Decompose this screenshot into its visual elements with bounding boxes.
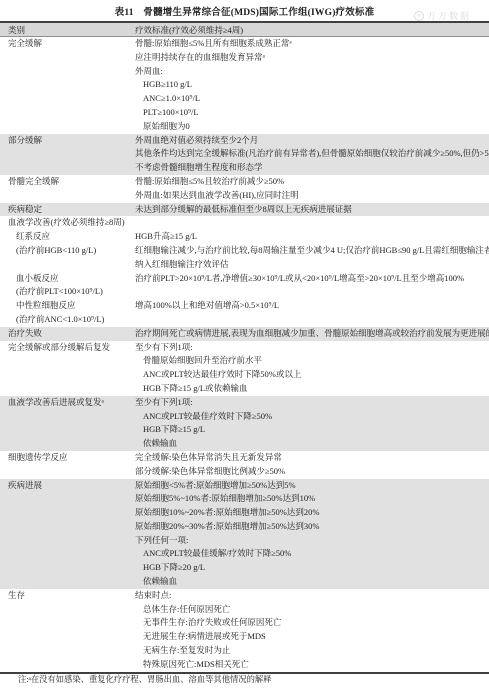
progression-or-relapse-after-hi-criteria-line: 依赖输血 — [135, 437, 489, 451]
complete-remission-criteria-column: 骨髓:原始细胞≤5%且所有细胞系成熟正常ᵃ应注明持续存在的血细胞发育异常ᵃ外周血… — [135, 37, 489, 134]
progression-or-relapse-after-hi-criteria-line: 至少有下列1项: — [135, 396, 489, 410]
stable-disease-criteria-column: 未达到部分缓解的最低标准但至少8周以上无疾病进展证据 — [135, 203, 489, 217]
row-group-treatment-failure: 治疗失败治疗期间死亡或病情进展,表现为血细胞减少加重、骨髓原始细胞增高或较治疗前… — [0, 327, 489, 341]
document-page: 表11 骨髓增生异常综合征(MDS)国际工作组(IWG)疗效标准 w 万方数据 … — [0, 0, 489, 688]
complete-remission-criteria-line: HGB≥110 g/L — [135, 78, 489, 92]
progression-or-relapse-after-hi-criteria-line: HGB下降≥15 g/L — [135, 423, 489, 437]
cytogenetic-response-criteria-line: 部分缓解:染色体异常细胞比例减少≥50% — [135, 465, 489, 479]
table-body: 完全缓解骨髓:原始细胞≤5%且所有细胞系成熟正常ᵃ应注明持续存在的血细胞发育异常… — [0, 37, 489, 672]
hematologic-improvement-criteria-line — [135, 285, 489, 299]
disease-progression-criteria-column: 原始细胞<5%者:原始细胞增加≥50%达到5%原始细胞5%~10%者:原始细胞增… — [135, 479, 489, 589]
hematologic-improvement-criteria-line: 增高100%以上和绝对值增高>0.5×10⁹/L — [135, 299, 489, 313]
complete-remission-criteria-line: PLT≥100×10⁹/L — [135, 106, 489, 120]
complete-remission-label-line: 完全缓解 — [8, 37, 135, 51]
row-group-cytogenetic-response: 细胞遗传学反应完全缓解:染色体异常消失且无新发异常部分缓解:染色体异常细胞比例减… — [0, 451, 489, 479]
treatment-failure-criteria-column: 治疗期间死亡或病情进展,表现为血细胞减少加重、骨髓原始细胞增高或较治疗前发展为更… — [135, 327, 489, 341]
partial-remission-label-column: 部分缓解 — [0, 134, 135, 175]
stable-disease-criteria-line: 未达到部分缓解的最低标准但至少8周以上无疾病进展证据 — [135, 203, 489, 217]
survival-criteria-line: 无病生存:至复发时为止 — [135, 644, 489, 658]
marrow-complete-remission-label-line: 骨髓完全缓解 — [8, 175, 135, 189]
header-cell-criteria: 疗效标准(疗效必须维持≥4周) — [135, 23, 489, 36]
relapse-after-cr-or-pr-label-column: 完全缓解或部分缓解后复发 — [0, 341, 135, 396]
row-group-marrow-complete-remission: 骨髓完全缓解骨髓:原始细胞≤5%且较治疗前减少≥50%外周血:如果达到血液学改善… — [0, 175, 489, 203]
complete-remission-label-column: 完全缓解 — [0, 37, 135, 134]
marrow-complete-remission-criteria-line: 骨髓:原始细胞≤5%且较治疗前减少≥50% — [135, 175, 489, 189]
survival-criteria-line: 总体生存:任何原因死亡 — [135, 603, 489, 617]
hematologic-improvement-label-line: 血小板反应 — [8, 272, 135, 286]
survival-criteria-line: 无事件生存:治疗失败或任何原因死亡 — [135, 616, 489, 630]
progression-or-relapse-after-hi-criteria-line: ANC或PLT较最佳疗效时下降≥50% — [135, 410, 489, 424]
table-footnote: 注:ᵃ在没有如感染、重复化疗疗程、胃肠出血、溶血等其他情况的解释 — [18, 674, 485, 685]
hematologic-improvement-label-line: (治疗前PLT<100×10⁹/L) — [8, 285, 135, 299]
hematologic-improvement-criteria-line — [135, 313, 489, 327]
hematologic-improvement-label-line: 红系反应 — [8, 230, 135, 244]
table-title: 表11 骨髓增生异常综合征(MDS)国际工作组(IWG)疗效标准 — [0, 4, 489, 18]
marrow-complete-remission-label-column: 骨髓完全缓解 — [0, 175, 135, 203]
survival-label-column: 生存 — [0, 589, 135, 672]
disease-progression-criteria-line: 依赖输血 — [135, 575, 489, 589]
marrow-complete-remission-criteria-line: 外周血:如果达到血液学改善(HI),应同时注明 — [135, 189, 489, 203]
marrow-complete-remission-criteria-column: 骨髓:原始细胞≤5%且较治疗前减少≥50%外周血:如果达到血液学改善(HI),应… — [135, 175, 489, 203]
disease-progression-criteria-line: 原始细胞20%~30%者:原始细胞增加≥50%达到30% — [135, 520, 489, 534]
partial-remission-criteria-column: 外周血绝对值必须持续至少2个月其他条件均达到完全缓解标准(凡治疗前有异常者),但… — [135, 134, 489, 175]
row-group-hematologic-improvement: 血液学改善(疗效必须维持≥8周)红系反应(治疗前HGB<110 g/L)血小板反… — [0, 216, 489, 326]
hematologic-improvement-label-line: (治疗前ANC<1.0×10⁹/L) — [8, 313, 135, 327]
hematologic-improvement-criteria-line: 纳入红细胞输注疗效评估 — [135, 258, 489, 272]
cytogenetic-response-label-column: 细胞遗传学反应 — [0, 451, 135, 479]
treatment-failure-label-column: 治疗失败 — [0, 327, 135, 341]
complete-remission-criteria-line: 应注明持续存在的血细胞发育异常ᵃ — [135, 51, 489, 65]
cytogenetic-response-criteria-line: 完全缓解:染色体异常消失且无新发异常 — [135, 451, 489, 465]
partial-remission-label-line: 部分缓解 — [8, 134, 135, 148]
complete-remission-criteria-line: 骨髓:原始细胞≤5%且所有细胞系成熟正常ᵃ — [135, 37, 489, 51]
hematologic-improvement-label-line: 中性粒细胞反应 — [8, 299, 135, 313]
survival-criteria-line: 无进展生存:病情进展或死于MDS — [135, 630, 489, 644]
disease-progression-criteria-line: 下列任何一项: — [135, 534, 489, 548]
treatment-failure-criteria-line: 治疗期间死亡或病情进展,表现为血细胞减少加重、骨髓原始细胞增高或较治疗前发展为更… — [135, 327, 489, 341]
hematologic-improvement-label-line: (治疗前HGB<110 g/L) — [8, 244, 135, 258]
row-group-complete-remission: 完全缓解骨髓:原始细胞≤5%且所有细胞系成熟正常ᵃ应注明持续存在的血细胞发育异常… — [0, 37, 489, 134]
hematologic-improvement-criteria-line: 治疗前PLT>20×10⁹/L者,净增值≥30×10⁹/L或从<20×10⁹/L… — [135, 272, 489, 286]
relapse-after-cr-or-pr-criteria-line: 骨髓原始细胞回升至治疗前水平 — [135, 354, 489, 368]
row-group-progression-or-relapse-after-hi: 血液学改善后进展或复发ᵃ至少有下列1项:ANC或PLT较最佳疗效时下降≥50%H… — [0, 396, 489, 451]
stable-disease-label-line: 疾病稳定 — [8, 203, 135, 217]
disease-progression-criteria-line: 原始细胞5%~10%者:原始细胞增加≥50%达到10% — [135, 492, 489, 506]
cytogenetic-response-criteria-column: 完全缓解:染色体异常消失且无新发异常部分缓解:染色体异常细胞比例减少≥50% — [135, 451, 489, 479]
treatment-failure-label-line: 治疗失败 — [8, 327, 135, 341]
complete-remission-criteria-line: 外周血: — [135, 65, 489, 79]
relapse-after-cr-or-pr-criteria-line: 至少有下列1项: — [135, 341, 489, 355]
survival-label-line: 生存 — [8, 589, 135, 603]
row-group-relapse-after-cr-or-pr: 完全缓解或部分缓解后复发至少有下列1项:骨髓原始细胞回升至治疗前水平ANC或PL… — [0, 341, 489, 396]
hematologic-improvement-label-column: 血液学改善(疗效必须维持≥8周)红系反应(治疗前HGB<110 g/L)血小板反… — [0, 216, 135, 326]
table-header-row: 类别 疗效标准(疗效必须维持≥4周) — [0, 23, 489, 37]
relapse-after-cr-or-pr-criteria-line: ANC或PLT较达最佳疗效时下降50%或以上 — [135, 368, 489, 382]
survival-criteria-line: 结束时点: — [135, 589, 489, 603]
relapse-after-cr-or-pr-criteria-line: HGB下降≥15 g/L或依赖输血 — [135, 382, 489, 396]
stable-disease-label-column: 疾病稳定 — [0, 203, 135, 217]
progression-or-relapse-after-hi-criteria-column: 至少有下列1项:ANC或PLT较最佳疗效时下降≥50%HGB下降≥15 g/L依… — [135, 396, 489, 451]
hematologic-improvement-criteria-line — [135, 216, 489, 230]
partial-remission-criteria-line: 不考虑骨髓细胞增生程度和形态学 — [135, 161, 489, 175]
header-cell-category: 类别 — [0, 23, 135, 36]
progression-or-relapse-after-hi-label-column: 血液学改善后进展或复发ᵃ — [0, 396, 135, 451]
complete-remission-criteria-line: ANC≥1.0×10⁹/L — [135, 92, 489, 106]
row-group-disease-progression: 疾病进展原始细胞<5%者:原始细胞增加≥50%达到5%原始细胞5%~10%者:原… — [0, 479, 489, 589]
disease-progression-criteria-line: ANC或PLT较最佳缓解/疗效时下降≥50% — [135, 547, 489, 561]
partial-remission-criteria-line: 外周血绝对值必须持续至少2个月 — [135, 134, 489, 148]
disease-progression-label-column: 疾病进展 — [0, 479, 135, 589]
complete-remission-criteria-line: 原始细胞为0 — [135, 120, 489, 134]
relapse-after-cr-or-pr-label-line: 完全缓解或部分缓解后复发 — [8, 341, 135, 355]
hematologic-improvement-criteria-line: HGB升高≥15 g/L — [135, 230, 489, 244]
progression-or-relapse-after-hi-label-line: 血液学改善后进展或复发ᵃ — [8, 396, 135, 410]
hematologic-improvement-criteria-column: HGB升高≥15 g/L红细胞输注减少,与治疗前比较,每8周输注量至少减少4 U… — [135, 216, 489, 326]
disease-progression-criteria-line: 原始细胞<5%者:原始细胞增加≥50%达到5% — [135, 479, 489, 493]
disease-progression-label-line: 疾病进展 — [8, 479, 135, 493]
partial-remission-criteria-line: 其他条件均达到完全缓解标准(凡治疗前有异常者),但骨髓原始细胞仅较治疗前减少≥5… — [135, 147, 489, 161]
disease-progression-criteria-line: 原始细胞10%~20%者:原始细胞增加≥50%达到20% — [135, 506, 489, 520]
hematologic-improvement-criteria-line: 红细胞输注减少,与治疗前比较,每8周输注量至少减少4 U;仅治疗前HGB≤90 … — [135, 244, 489, 258]
hematologic-improvement-label-line: 血液学改善(疗效必须维持≥8周) — [8, 216, 135, 230]
hematologic-improvement-label-line — [8, 258, 135, 272]
row-group-stable-disease: 疾病稳定未达到部分缓解的最低标准但至少8周以上无疾病进展证据 — [0, 203, 489, 217]
row-group-partial-remission: 部分缓解外周血绝对值必须持续至少2个月其他条件均达到完全缓解标准(凡治疗前有异常… — [0, 134, 489, 175]
survival-criteria-column: 结束时点:总体生存:任何原因死亡无事件生存:治疗失败或任何原因死亡无进展生存:病… — [135, 589, 489, 672]
response-criteria-table: 类别 疗效标准(疗效必须维持≥4周) 完全缓解骨髓:原始细胞≤5%且所有细胞系成… — [0, 21, 489, 674]
row-group-survival: 生存结束时点:总体生存:任何原因死亡无事件生存:治疗失败或任何原因死亡无进展生存… — [0, 589, 489, 672]
survival-criteria-line: 特殊原因死亡:MDS相关死亡 — [135, 658, 489, 672]
disease-progression-criteria-line: HGB下降≥20 g/L — [135, 561, 489, 575]
cytogenetic-response-label-line: 细胞遗传学反应 — [8, 451, 135, 465]
relapse-after-cr-or-pr-criteria-column: 至少有下列1项:骨髓原始细胞回升至治疗前水平ANC或PLT较达最佳疗效时下降50… — [135, 341, 489, 396]
